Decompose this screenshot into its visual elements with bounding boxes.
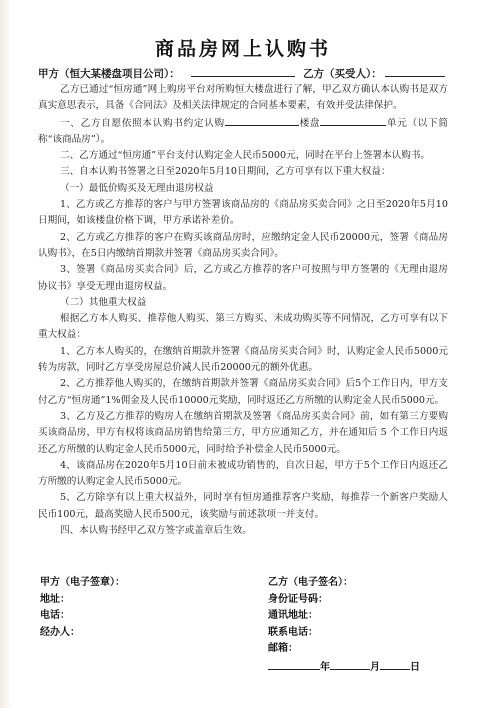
section-2-item: 1、乙方本人购买的，在缴纳首期款并签署《商品房买卖合同》时，认购定金人民币500… bbox=[38, 344, 448, 377]
clause-2: 二、乙方通过“恒房通”平台支付认购定金人民币5000元，同时在平台上签署本认购书… bbox=[38, 148, 448, 164]
date-line: 年月日 bbox=[268, 658, 420, 677]
party-b-signature-heading: 乙方（电子签名）： bbox=[268, 575, 420, 592]
section-2-item: 5、乙方除享有以上重大权益外，同时享有恒房通推荐客户奖励，每推荐一个新客户奖励人… bbox=[38, 490, 448, 523]
party-b-email-label: 邮箱： bbox=[268, 641, 420, 658]
party-a-name-field[interactable] bbox=[191, 66, 295, 77]
party-b-phone-label: 联系电话： bbox=[268, 625, 420, 642]
party-b-name-field[interactable] bbox=[385, 66, 445, 77]
day-label: 日 bbox=[410, 662, 420, 673]
day-field[interactable] bbox=[380, 658, 410, 670]
section-1-item: 3、签署《商品房买卖合同》后，乙方或乙方推荐的客户可按照与甲方签署的《无理由退房… bbox=[38, 262, 448, 295]
section-1-item: 2、乙方或乙方推荐的客户在购买该商品房时，应缴纳定金人民币20000元，签署《商… bbox=[38, 230, 448, 263]
section-2-item: 3、乙方及乙方推荐的购房人在缴纳首期款及签署《商品房买卖合同》前，如有第三方要购… bbox=[38, 409, 448, 458]
party-a-agent-label: 经办人： bbox=[40, 625, 125, 642]
section-2-intro: 根据乙方本人购买、推荐他人购买、第三方购买、未成功购买等不同情况，乙方可享有以下… bbox=[38, 311, 448, 344]
intro-paragraph: 乙方已通过“恒房通”网上购房平台对所购恒大楼盘进行了解，甲乙双方确认本认购书是双… bbox=[38, 82, 448, 115]
year-label: 年 bbox=[320, 662, 330, 673]
clause-1: 一、乙方自愿依照本认购书约定认购楼盘单元（以下简称“该商品房”）。 bbox=[38, 115, 448, 149]
party-a-signature-block: 甲方（电子签章）： 地址： 电话： 经办人： bbox=[40, 575, 125, 641]
section-1-title: （一）最低价购买及无理由退房权益 bbox=[38, 181, 448, 197]
party-b-signature-block: 乙方（电子签名）： 身份证号码： 通讯地址： 联系电话： 邮箱： 年月日 bbox=[268, 575, 420, 676]
section-2-item: 4、该商品房在2020年5月10日前未被成功销售的，自次日起，甲方于5个工作日内… bbox=[38, 458, 448, 491]
year-field[interactable] bbox=[268, 658, 320, 670]
unit-field[interactable] bbox=[320, 115, 386, 126]
party-a-address-label: 地址： bbox=[40, 592, 125, 609]
clause-1-text-a: 一、乙方自愿依照本认购书约定认购 bbox=[60, 118, 225, 129]
building-field[interactable] bbox=[225, 115, 299, 126]
parties-line: 甲方（恒大某楼盘项目公司）： 乙方（买受人）： bbox=[38, 66, 448, 81]
document-body: 乙方已通过“恒房通”网上购房平台对所购恒大楼盘进行了解，甲乙双方确认本认购书是双… bbox=[38, 82, 448, 539]
party-a-signature-heading: 甲方（电子签章）： bbox=[40, 575, 125, 592]
clause-1-text-b: 楼盘 bbox=[299, 118, 320, 129]
party-b-label: 乙方（买受人）： bbox=[303, 68, 382, 80]
month-label: 月 bbox=[370, 662, 380, 673]
party-b-id-label: 身份证号码： bbox=[268, 592, 420, 609]
clause-3: 三、自本认购书签署之日至2020年5月10日期间，乙方可享有以下重大权益： bbox=[38, 164, 448, 180]
document-title: 商品房网上认购书 bbox=[38, 34, 448, 61]
section-2-item: 2、乙方推荐他人购买的，在缴纳首期款并签署《商品房买卖合同》后5个工作日内，甲方… bbox=[38, 376, 448, 409]
clause-4: 四、本认购书经甲乙双方签字或盖章后生效。 bbox=[38, 523, 448, 539]
month-field[interactable] bbox=[330, 658, 370, 670]
page-edge-shadow bbox=[0, 0, 11, 708]
party-a-phone-label: 电话： bbox=[40, 608, 125, 625]
party-a-label: 甲方（恒大某楼盘项目公司）： bbox=[38, 68, 180, 80]
section-1-item: 1、乙方或乙方推荐的客户与甲方签署该商品房的《商品房买卖合同》之日至2020年5… bbox=[38, 197, 448, 230]
section-2-title: （二）其他重大权益 bbox=[38, 295, 448, 311]
party-b-address-label: 通讯地址： bbox=[268, 608, 420, 625]
